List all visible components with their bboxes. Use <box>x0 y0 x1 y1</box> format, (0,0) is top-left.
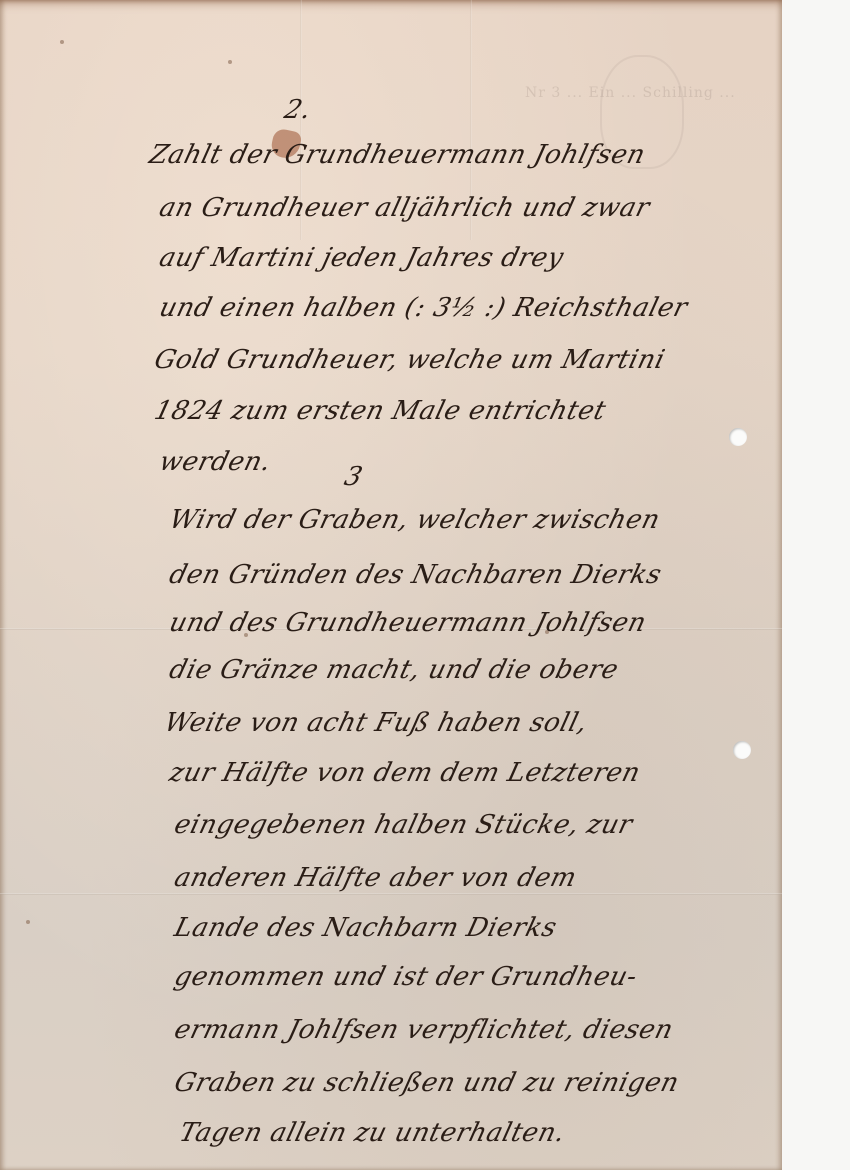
text-line: ermann Johlfsen verpflichtet, diesen <box>171 1015 676 1045</box>
manuscript-text: 2. Zahlt der Grundheuermann Johlfsen an … <box>0 0 782 1170</box>
text-line: Zahlt der Grundheuermann Johlfsen <box>146 140 648 170</box>
text-line: eingegebenen halben Stücke, zur <box>171 810 635 840</box>
section-number-3: 3 <box>341 462 366 492</box>
text-line: Wird der Graben, welcher zwischen <box>166 505 663 535</box>
text-line: werden. <box>156 447 274 477</box>
text-line: genommen und ist der Grundheu- <box>171 962 640 992</box>
text-line: Lande des Nachbarn Dierks <box>171 913 560 943</box>
text-line: Tagen allein zu unterhalten. <box>176 1118 568 1148</box>
text-line: 1824 zum ersten Male entrichtet <box>151 396 609 426</box>
text-line: an Grundheuer alljährlich und zwar <box>156 193 653 223</box>
text-line: auf Martini jeden Jahres drey <box>156 243 566 273</box>
text-line: den Gründen des Nachbaren Dierks <box>166 560 664 590</box>
text-line: und des Grundheuermann Johlfsen <box>166 608 649 638</box>
text-line: anderen Hälfte aber von dem <box>171 863 580 893</box>
section-number-2: 2. <box>281 95 314 125</box>
text-line: die Gränze macht, und die obere <box>166 655 621 685</box>
text-line: Graben zu schließen und zu reinigen <box>171 1068 682 1098</box>
text-line: Gold Grundheuer, welche um Martini <box>151 345 668 375</box>
text-line: und einen halben (: 3½ :) Reichsthaler <box>156 293 690 323</box>
text-line: Weite von acht Fuß haben soll, <box>161 708 590 738</box>
text-line: zur Hälfte von dem dem Letzteren <box>166 758 643 788</box>
